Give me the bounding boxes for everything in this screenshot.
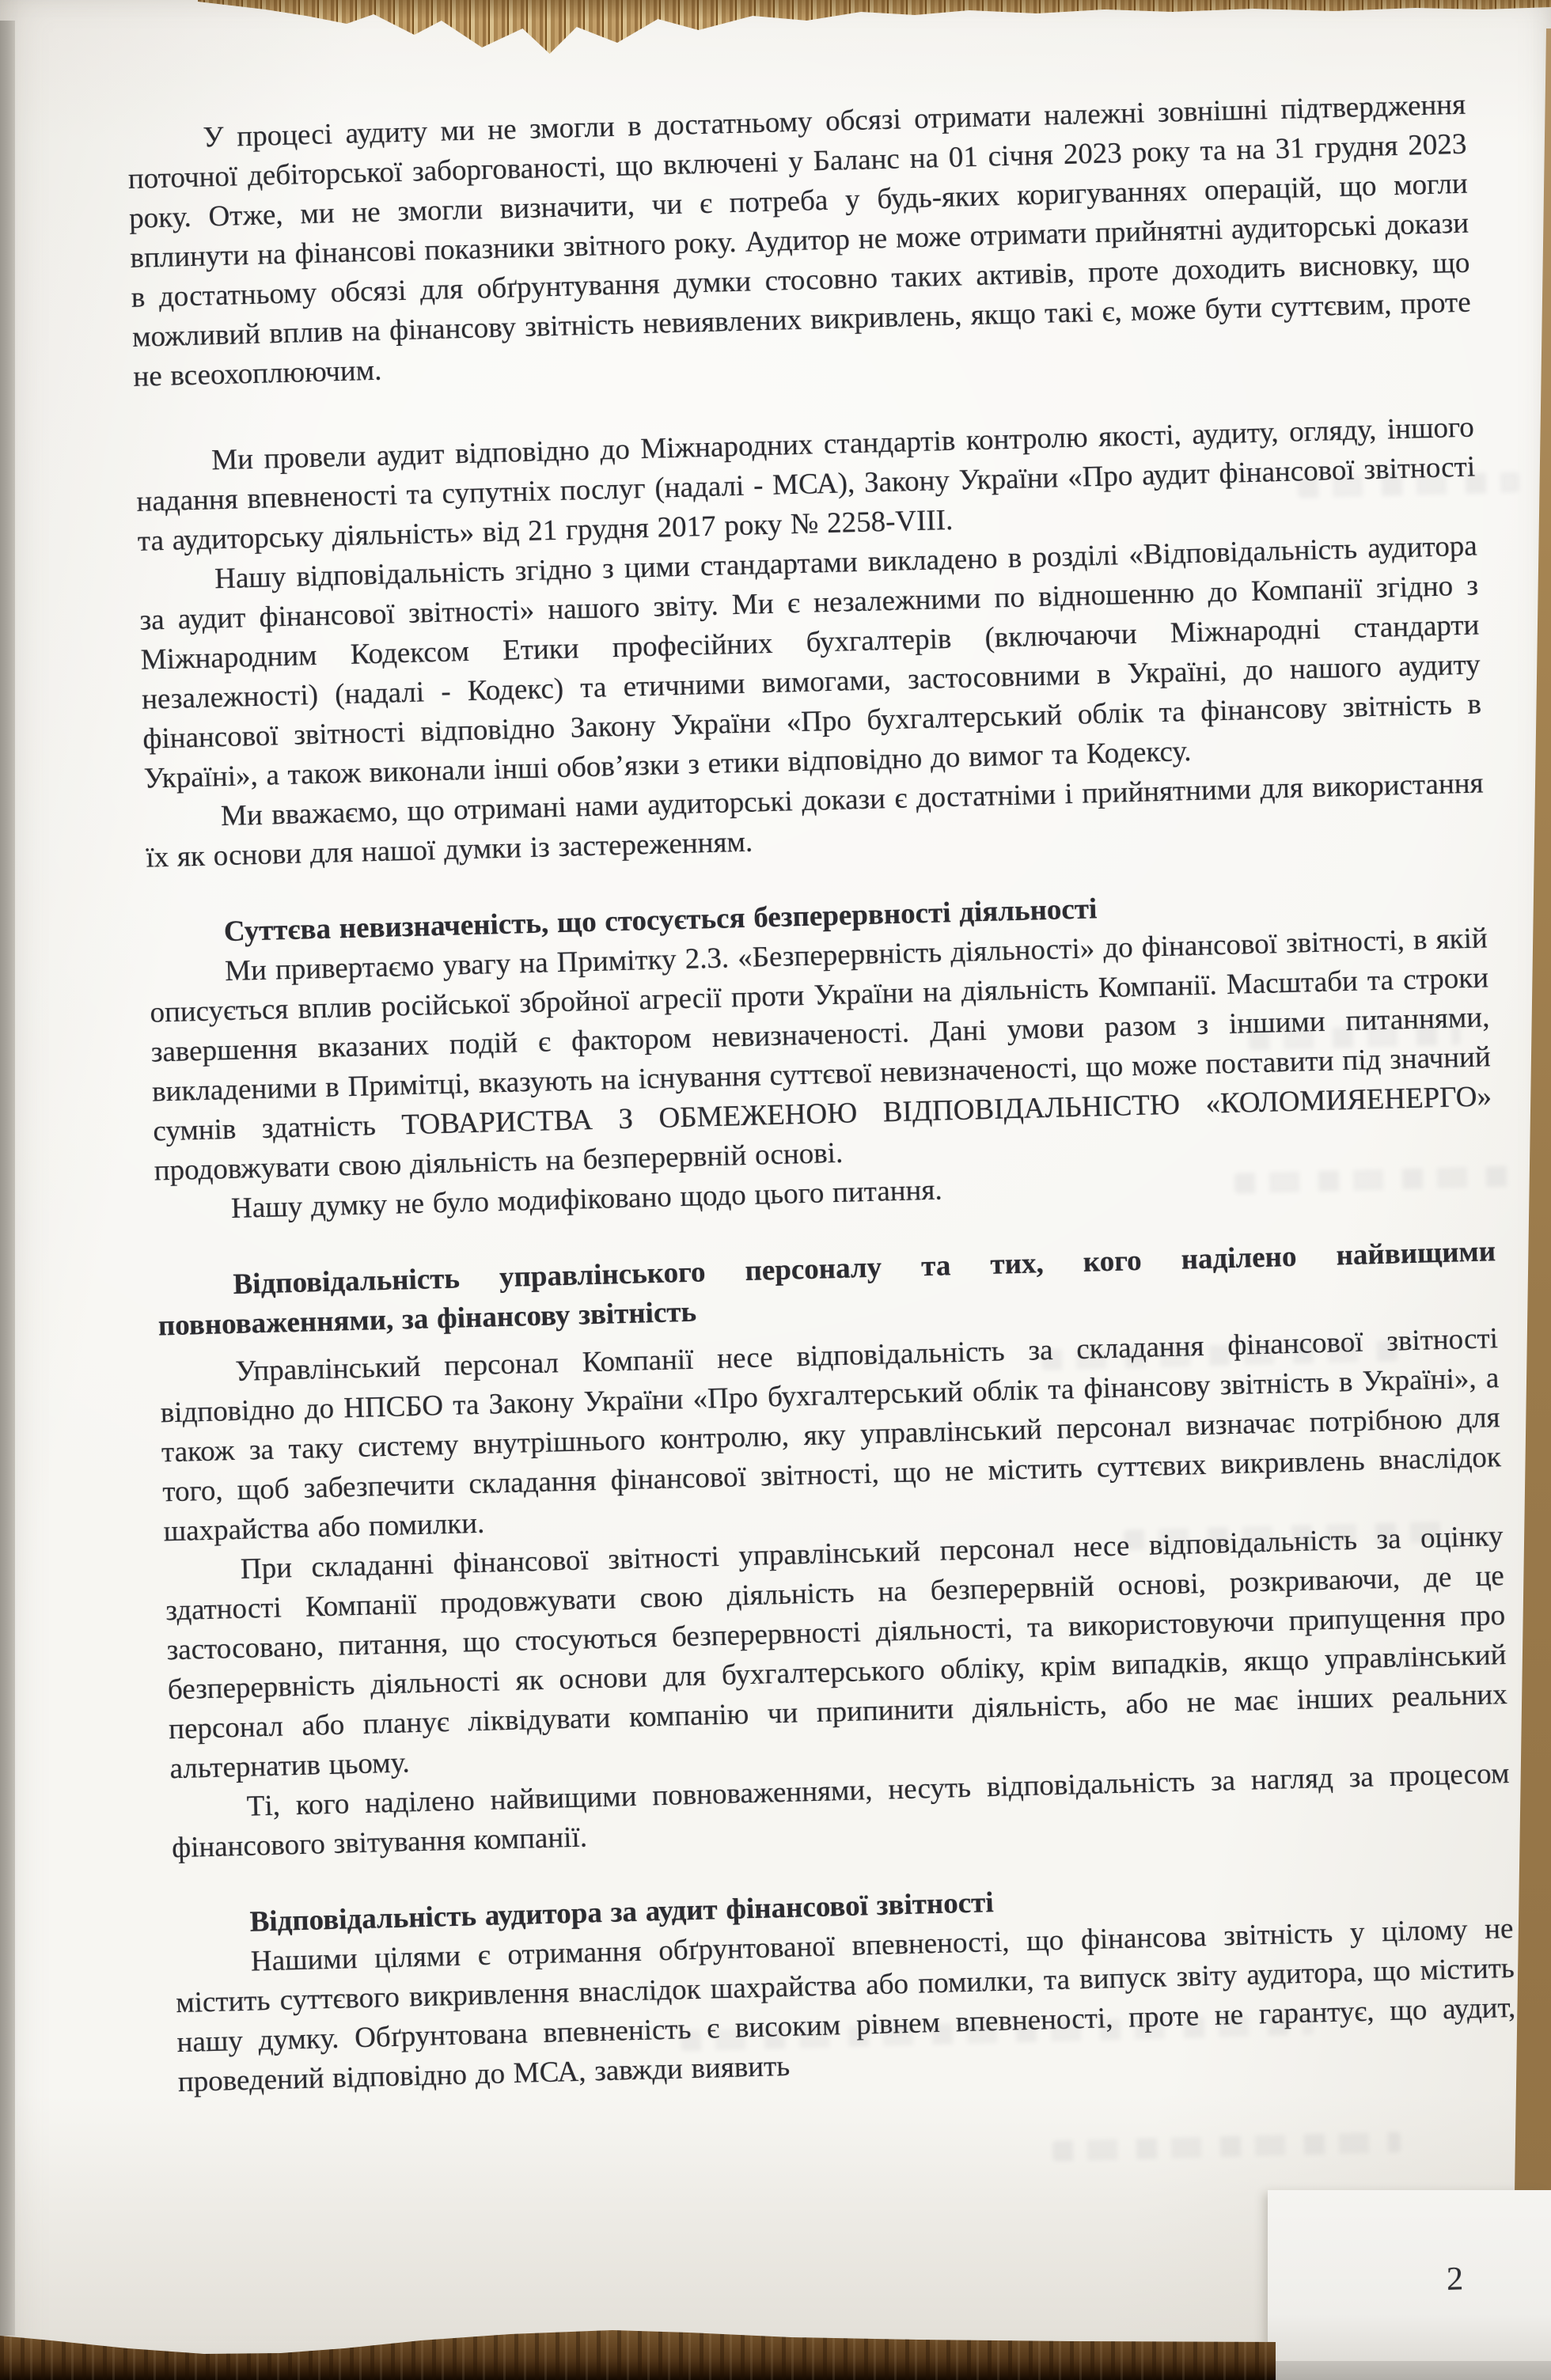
photo-of-document: У процесі аудиту ми не змогли в достатнь… (0, 0, 1551, 2380)
page-number: 2 (1446, 2259, 1502, 2299)
paragraph-going-concern-note: Ми привертаємо увагу на Примітку 2.3. «Б… (149, 919, 1493, 1191)
paragraph-management-going-concern: При складанні фінансової звітності управ… (164, 1517, 1508, 1789)
paragraph-audit-scope-limitation: У процесі аудиту ми не змогли в достатнь… (127, 85, 1473, 397)
underlying-sheet-shadow (1268, 2361, 1551, 2380)
paragraph-management-preparation: Управлінський персонал Компанії несе від… (159, 1319, 1503, 1552)
left-page-edge-shadow (0, 21, 15, 2336)
document-text: У процесі аудиту ми не змогли в достатнь… (127, 85, 1517, 2102)
paragraph-independence-ethics: Нашу відповідальність згідно з цими стан… (138, 527, 1483, 799)
underlying-sheet (1268, 2190, 1551, 2367)
